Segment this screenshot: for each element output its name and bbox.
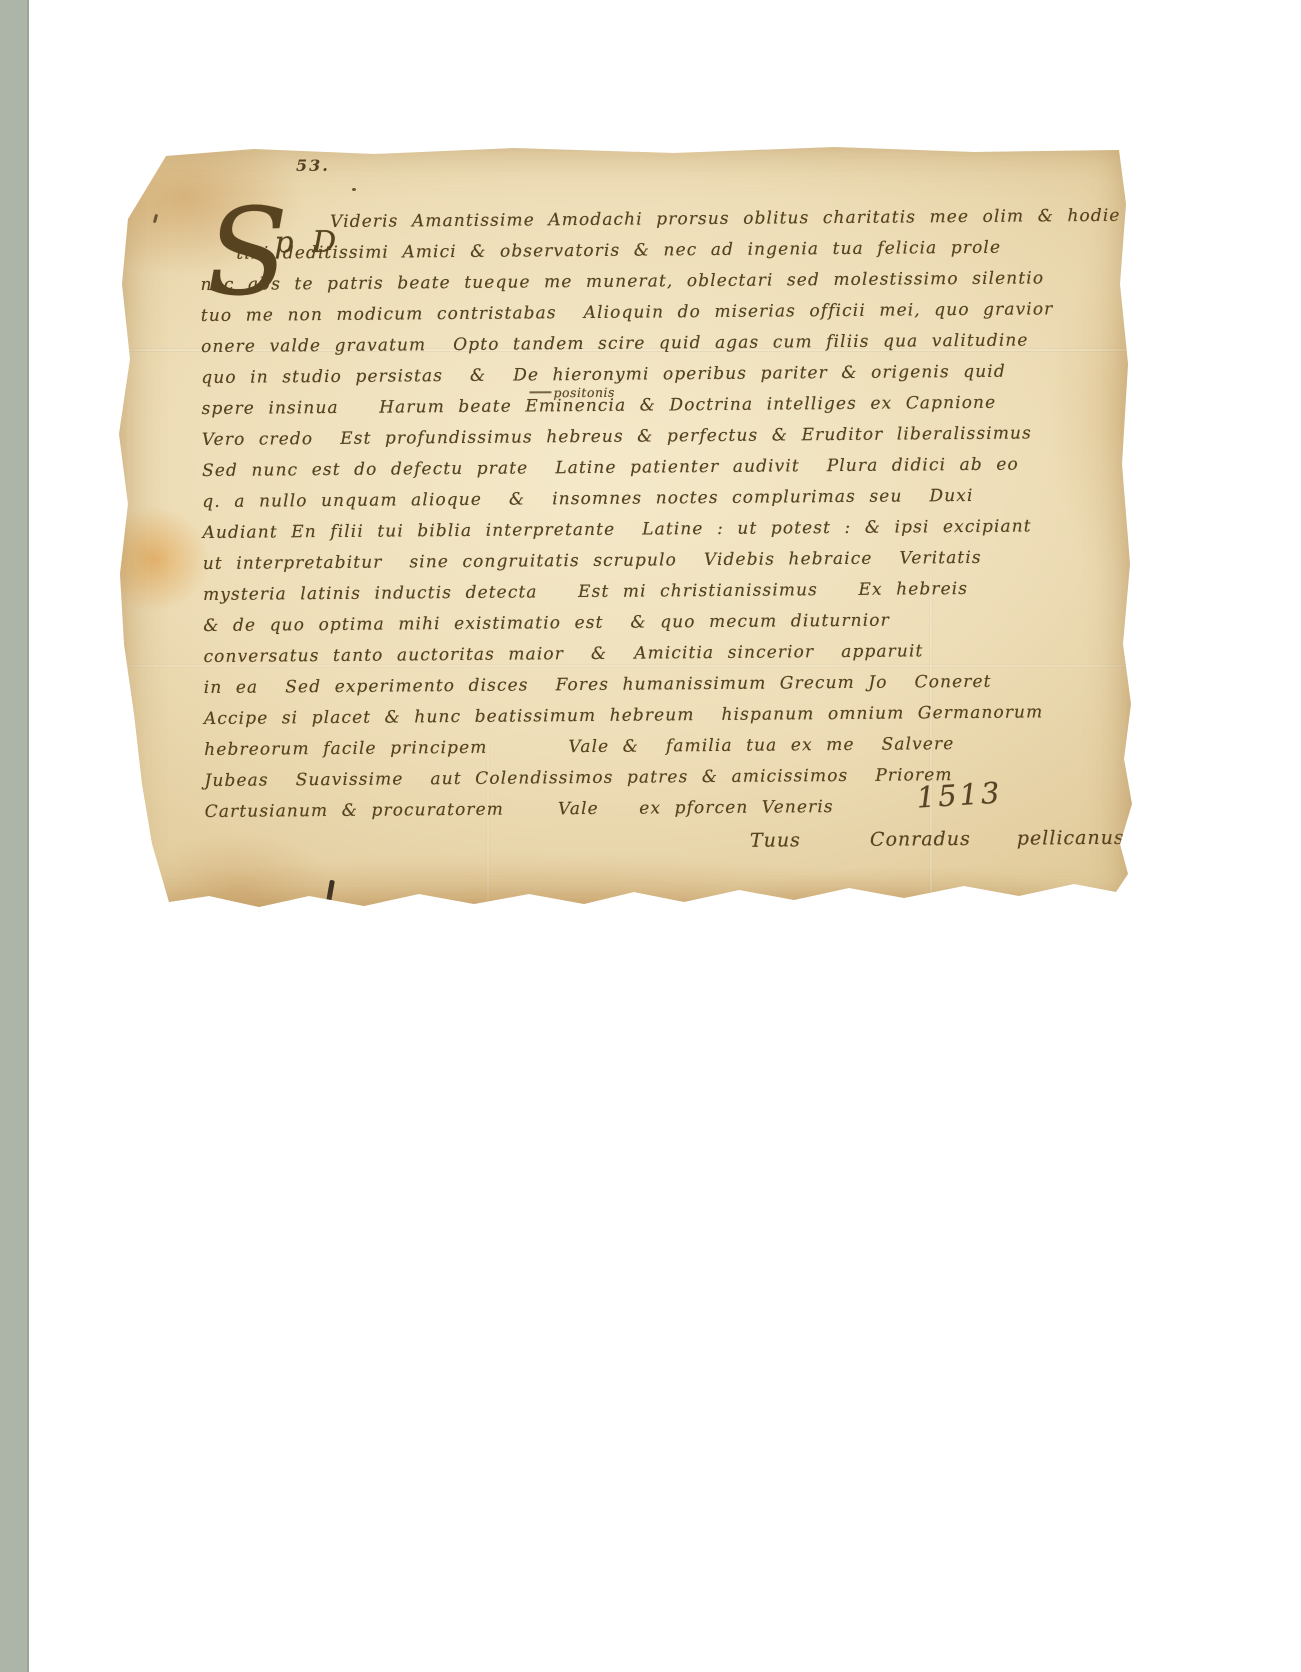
insertion-caret-mark [529,391,551,393]
manuscript-paper: 53. Videris Amantissime Amodachi prorsus… [114,144,1134,920]
page: 53. Videris Amantissime Amodachi prorsus… [0,0,1301,1672]
signature: Tuus Conradus pellicanus [750,823,1125,857]
ink-speck [153,214,158,223]
archive-number: 53. [296,156,330,175]
ink-mark [326,880,335,903]
salutation-abbreviation: p D [274,227,337,258]
binding-strip [0,0,29,1672]
date-year: 1513 [916,777,1004,813]
interlinear-insertion: positonis [553,377,615,408]
ink-speck [352,188,356,191]
letter-body: Videris Amantissime Amodachi prorsus obl… [200,201,1105,828]
